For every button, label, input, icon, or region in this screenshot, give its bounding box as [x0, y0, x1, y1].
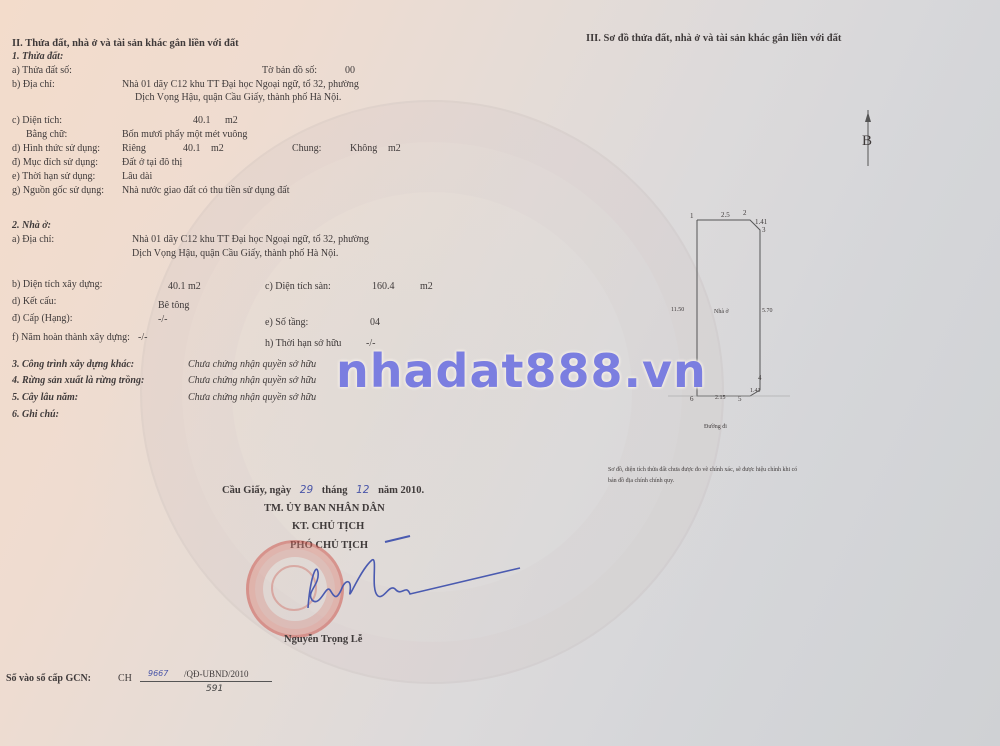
edge-top: 2.5 — [721, 211, 730, 219]
grade-value: -/- — [158, 314, 167, 325]
edge-top-chamfer: 1.41 — [755, 218, 767, 226]
grade-label: đ) Cấp (Hạng): — [12, 313, 73, 324]
month-label: tháng — [322, 485, 348, 496]
map-sheet-label: Tờ bản đồ số: — [262, 65, 317, 76]
land-address-label: b) Địa chỉ: — [12, 79, 55, 90]
floor-area-value: 160.4 — [372, 281, 395, 292]
purpose-label: đ) Mục đích sử dụng: — [12, 157, 98, 168]
term-value: Lâu dài — [122, 171, 152, 182]
house-heading: 2. Nhà ở: — [12, 220, 51, 231]
term-label: e) Thời hạn sử dụng: — [12, 171, 95, 182]
build-area-label: b) Diện tích xây dựng: — [12, 279, 102, 290]
floors-label: e) Số tầng: — [265, 317, 308, 328]
north-label: B — [862, 133, 872, 150]
edge-bottom-chamfer: 1.41 — [750, 388, 761, 394]
use-private-label: Riêng — [122, 143, 146, 154]
use-private-unit: m2 — [211, 143, 224, 154]
year-value: -/- — [138, 332, 147, 343]
origin-label: g) Nguồn gốc sử dụng: — [12, 185, 104, 196]
registry-label: Số vào sổ cấp GCN: — [6, 673, 91, 684]
other-item-label: 5. Cây lâu năm: — [12, 392, 78, 403]
committee-line: TM. ỦY BAN NHÂN DÂN — [264, 503, 385, 514]
year-text: năm 2010. — [378, 485, 424, 496]
use-common-value: Không — [350, 143, 377, 154]
land-heading: 1. Thửa đất: — [12, 51, 63, 62]
section2-title: II. Thửa đất, nhà ở và tài sản khác gắn … — [12, 38, 239, 49]
floor-area-unit: m2 — [420, 281, 433, 292]
edge-left: 11.50 — [671, 307, 684, 313]
house-address-line1: Nhà 01 dãy C12 khu TT Đại học Ngoại ngữ,… — [132, 234, 369, 245]
point-1: 1 — [690, 212, 694, 220]
structure-label: d) Kết cấu: — [12, 296, 56, 307]
registry-handwritten-number: 9667 — [148, 669, 168, 678]
land-address-line2: Dịch Vọng Hậu, quận Cầu Giấy, thành phố … — [135, 92, 341, 103]
area-value: 40.1 — [193, 115, 211, 126]
point-4: 4 — [758, 374, 762, 382]
house-address-line2: Dịch Vọng Hậu, quận Cầu Giấy, thành phố … — [132, 248, 338, 259]
floor-area-label: c) Diện tích sàn: — [265, 281, 331, 292]
edge-bottom: 2.15 — [715, 395, 726, 401]
use-private-value: 40.1 — [183, 143, 201, 154]
use-common-label: Chung: — [292, 143, 321, 154]
house-address-label: a) Địa chỉ: — [12, 234, 54, 245]
year-label: f) Năm hoàn thành xây dựng: — [12, 332, 130, 343]
diagram-note-line2: bản đồ địa chính chính quy. — [608, 478, 674, 484]
handwritten-signature — [290, 530, 530, 620]
use-common-unit: m2 — [388, 143, 401, 154]
other-item-label: 4. Rừng sản xuất là rừng trồng: — [12, 375, 144, 386]
registry-below-number: 591 — [206, 684, 223, 694]
other-item-value: Chưa chứng nhận quyền sở hữu — [188, 375, 316, 386]
edge-right: 5.70 — [762, 308, 773, 314]
area-words-label: Bằng chữ: — [26, 129, 67, 140]
parcel-label: a) Thửa đất số: — [12, 65, 72, 76]
structure-value: Bê tông — [158, 300, 189, 311]
registry-suffix: /QĐ-UBND/2010 — [184, 669, 249, 679]
other-item-value: Chưa chứng nhận quyền sở hữu — [188, 392, 316, 403]
other-item-label: 6. Ghi chú: — [12, 409, 59, 420]
place-date-prefix: Cầu Giấy, ngày — [222, 485, 291, 496]
registry-underline — [140, 681, 272, 682]
date-day: 29 — [294, 484, 319, 496]
area-label: c) Diện tích: — [12, 115, 62, 126]
point-5: 5 — [738, 395, 742, 403]
registry-prefix: CH — [118, 673, 132, 684]
diagram-note-line1: Sơ đồ, diện tích thửa đất chưa được đo v… — [608, 467, 797, 473]
use-form-label: d) Hình thức sử dụng: — [12, 143, 100, 154]
road-label: Đường đi — [704, 424, 727, 430]
signer-name: Nguyễn Trọng Lễ — [284, 634, 362, 645]
area-words-value: Bốn mươi phẩy một mét vuông — [122, 129, 247, 140]
place-date: Cầu Giấy, ngày 29 tháng 12 năm 2010. — [222, 484, 424, 496]
watermark-logo: nhadat888.vn — [336, 348, 707, 394]
point-3: 3 — [762, 226, 766, 234]
section3-title: III. Sơ đồ thửa đất, nhà ở và tài sản kh… — [586, 33, 841, 44]
origin-value: Nhà nước giao đất có thu tiền sử dụng đấ… — [122, 185, 289, 196]
map-sheet-value: 00 — [345, 65, 355, 76]
date-month: 12 — [350, 484, 375, 496]
land-address-line1: Nhà 01 dãy C12 khu TT Đại học Ngoại ngữ,… — [122, 79, 359, 90]
point-2: 2 — [743, 209, 747, 217]
other-item-label: 3. Công trình xây dựng khác: — [12, 359, 134, 370]
inside-label: Nhà ở — [714, 309, 729, 315]
other-item-value: Chưa chứng nhận quyền sở hữu — [188, 359, 316, 370]
ownership-term-label: h) Thời hạn sở hữu — [265, 338, 341, 349]
area-unit: m2 — [225, 115, 238, 126]
purpose-value: Đất ở tại đô thị — [122, 157, 182, 168]
build-area-value: 40.1 m2 — [168, 281, 201, 292]
floors-value: 04 — [370, 317, 380, 328]
